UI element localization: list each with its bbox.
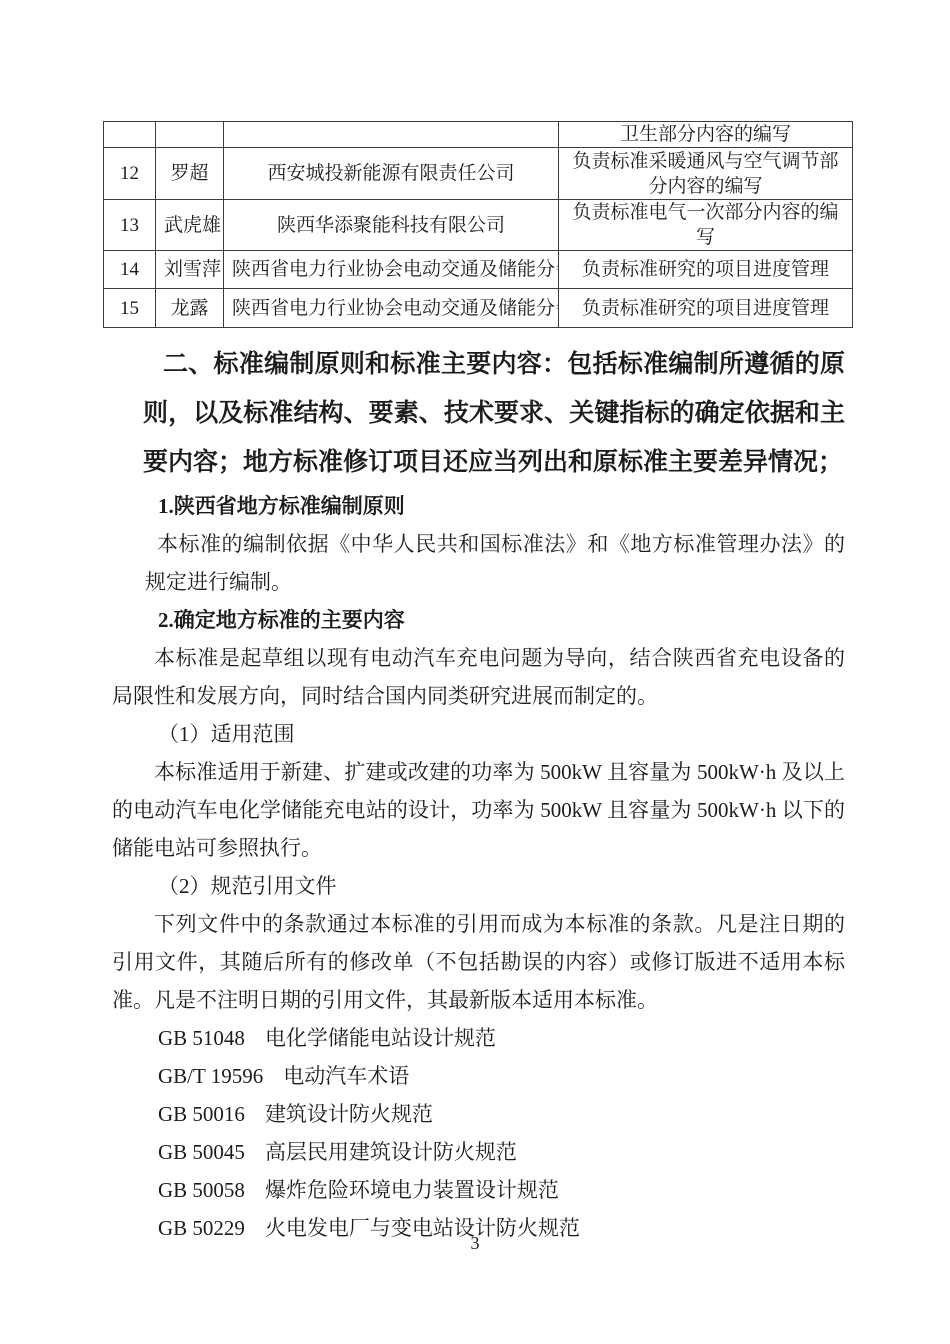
reference-item: GB/T 19596电动汽车术语 (112, 1057, 845, 1095)
cell-duty: 负责标准采暖通风与空气调节部分内容的编写 (559, 148, 853, 200)
paragraph: 本标准是起草组以现有电动汽车充电问题为导向，结合陕西省充电设备的局限性和发展方向… (112, 639, 845, 715)
table-row: 14 刘雪萍 陕西省电力行业协会电动交通及储能分会 负责标准研究的项目进度管理 (104, 251, 853, 289)
reference-code: GB 50045 (158, 1140, 245, 1164)
cell-duty: 负责标准研究的项目进度管理 (559, 251, 853, 289)
cell-org: 陕西省电力行业协会电动交通及储能分会 (224, 289, 559, 328)
cell-org: 陕西华添聚能科技有限公司 (224, 200, 559, 251)
reference-code: GB 51048 (158, 1026, 245, 1050)
page-number: 3 (0, 1228, 950, 1258)
document-body: 二、标准编制原则和标准主要内容：包括标准编制所遵循的原则，以及标准结构、要素、技… (112, 340, 845, 1247)
table-row: 15 龙露 陕西省电力行业协会电动交通及储能分会 负责标准研究的项目进度管理 (104, 289, 853, 328)
cell-org: 陕西省电力行业协会电动交通及储能分会 (224, 251, 559, 289)
cell-name: 武虎雄 (156, 200, 224, 251)
cell-name: 龙露 (156, 289, 224, 328)
reference-item: GB 51048电化学储能电站设计规范 (112, 1019, 845, 1057)
cell-empty (224, 122, 559, 148)
reference-title: 建筑设计防火规范 (265, 1102, 433, 1126)
section-heading: 二、标准编制原则和标准主要内容：包括标准编制所遵循的原则，以及标准结构、要素、技… (143, 340, 845, 487)
cell-number: 15 (104, 289, 156, 328)
reference-title: 电化学储能电站设计规范 (265, 1026, 496, 1050)
cell-number: 14 (104, 251, 156, 289)
reference-title: 爆炸危险环境电力装置设计规范 (265, 1178, 559, 1202)
clause-1-title: （1）适用范围 (112, 715, 845, 753)
cell-number: 12 (104, 148, 156, 200)
reference-code: GB/T 19596 (158, 1064, 263, 1088)
clause-2-title: （2）规范引用文件 (112, 867, 845, 905)
paragraph: 本标准的编制依据《中华人民共和国标准法》和《地方标准管理办法》的规定进行编制。 (145, 525, 845, 601)
cell-org: 西安城投新能源有限责任公司 (224, 148, 559, 200)
subsection-2-title: 2.确定地方标准的主要内容 (112, 601, 845, 639)
cell-empty (156, 122, 224, 148)
reference-code: GB 50058 (158, 1178, 245, 1202)
cell-name: 罗超 (156, 148, 224, 200)
reference-code: GB 50016 (158, 1102, 245, 1126)
subsection-1-title: 1.陕西省地方标准编制原则 (112, 487, 845, 525)
cell-duty: 卫生部分内容的编写 (559, 122, 853, 148)
cell-number: 13 (104, 200, 156, 251)
table-row-continued: 卫生部分内容的编写 (104, 122, 853, 148)
reference-title: 高层民用建筑设计防火规范 (265, 1140, 517, 1164)
table-row: 12 罗超 西安城投新能源有限责任公司 负责标准采暖通风与空气调节部分内容的编写 (104, 148, 853, 200)
reference-item: GB 50058爆炸危险环境电力装置设计规范 (112, 1171, 845, 1209)
cell-duty: 负责标准电气一次部分内容的编写 (559, 200, 853, 251)
cell-name: 刘雪萍 (156, 251, 224, 289)
cell-duty: 负责标准研究的项目进度管理 (559, 289, 853, 328)
cell-empty (104, 122, 156, 148)
paragraph: 下列文件中的条款通过本标准的引用而成为本标准的条款。凡是注日期的引用文件，其随后… (112, 905, 845, 1019)
reference-title: 电动汽车术语 (283, 1064, 409, 1088)
staff-table: 卫生部分内容的编写 12 罗超 西安城投新能源有限责任公司 负责标准采暖通风与空… (103, 121, 853, 328)
paragraph: 本标准适用于新建、扩建或改建的功率为 500kW 且容量为 500kW·h 及以… (112, 753, 845, 867)
table-row: 13 武虎雄 陕西华添聚能科技有限公司 负责标准电气一次部分内容的编写 (104, 200, 853, 251)
reference-item: GB 50016建筑设计防火规范 (112, 1095, 845, 1133)
reference-item: GB 50045高层民用建筑设计防火规范 (112, 1133, 845, 1171)
